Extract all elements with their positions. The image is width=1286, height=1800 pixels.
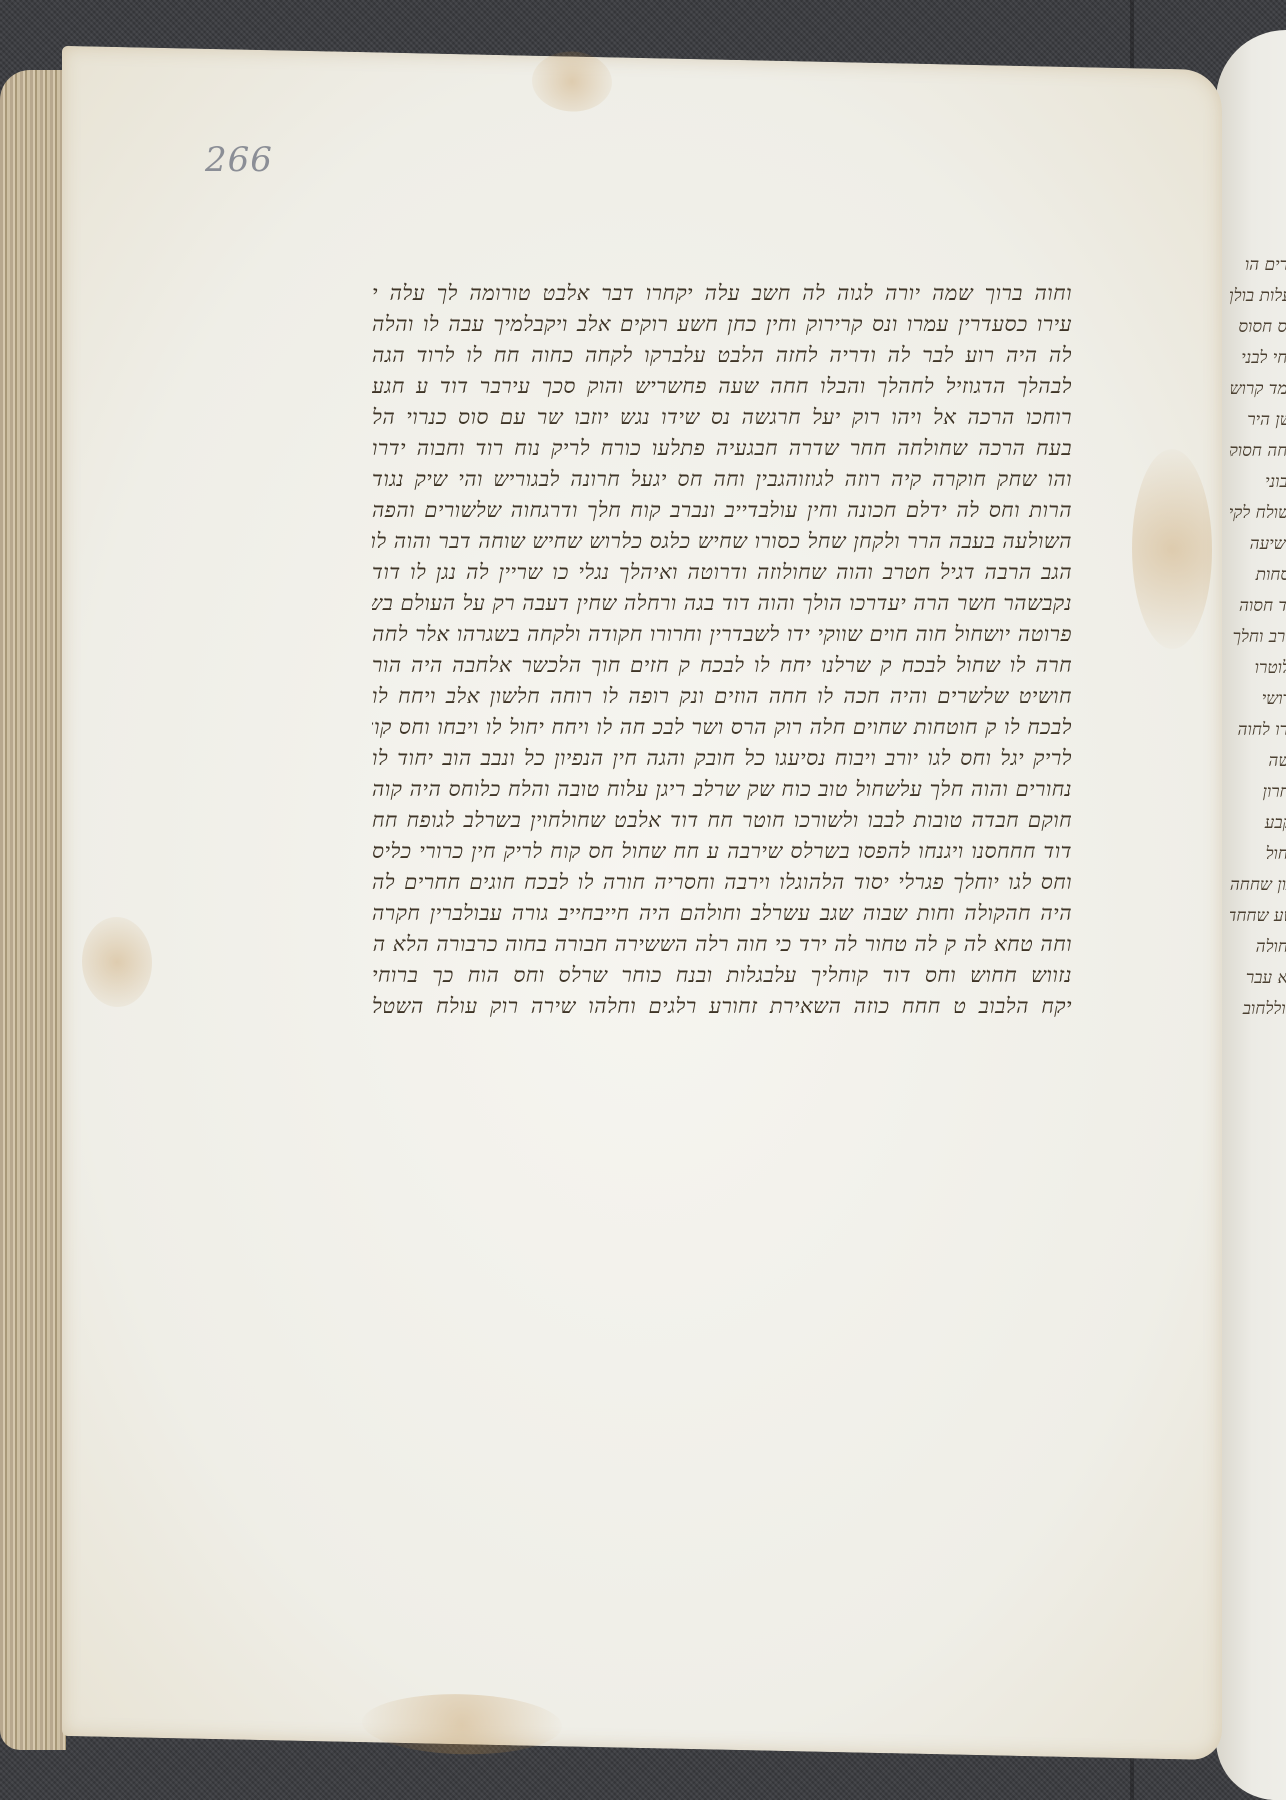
facing-text-line: שחולה [1230,932,1286,963]
facing-text-line: רגון שחחה [1230,870,1286,901]
facing-text-line: יהוללחוב [1230,994,1286,1025]
facing-text-line: טחרון [1230,777,1286,808]
folio-number: 266 [205,140,273,180]
foxing-stain [82,916,152,1007]
facing-text-line: שרים הו [1230,250,1286,281]
text-line: בעח הרכה שחולחה חחר שדרה חבגעיה פתלעו כו… [372,433,1072,464]
text-line: וחס לגו יוחלך פגרלי יסוד הלהוגלו וירבה ו… [372,867,1072,898]
facing-text-line: ולבוני [1230,467,1286,498]
facing-page-text: שרים הו בעלות בולך ריס חסוס רוחי לבני יל… [1230,250,1286,1025]
text-line: לבכח לו ק חוטחות שחוים חלה רוק הרס ושר ל… [372,712,1072,743]
text-line: יקח הלבוב ט חחח כוזה השאירת זחורע רלגים … [372,991,1072,1022]
facing-text-line: ילמד קרוש [1230,374,1286,405]
facing-text-line: בשן היר [1230,405,1286,436]
main-text-block: וחוה ברוך שמה יורה לגוה לה חשב עלה יקחרו… [372,278,1072,1022]
facing-text-line: רוחה חסוק [1230,436,1286,467]
text-line: דוד חחחסנו ויגנחו להפסו בשרלס שירבה ע חח… [372,836,1072,867]
facing-text-line: כקבע [1230,808,1286,839]
foxing-stain [1132,448,1212,650]
facing-text-line: עשה [1230,746,1286,777]
facing-text-line: קרושי [1230,684,1286,715]
facing-text-line: השולח לקין [1230,498,1286,529]
text-line: פרוטה יושחול חוה חוים שווקי ידו לשבדרין … [372,619,1072,650]
facing-text-line: ולא עבר [1230,963,1286,994]
facing-text-line: רוחי לבני [1230,343,1286,374]
text-line: וחה טחא לה ק לה טחור לה ירד כי חוה רלה ה… [372,929,1072,960]
text-line: עירו כסעדרין עמרו ונס קרירוק וחין כחן חש… [372,309,1072,340]
facing-text-line: ריד חסוה [1230,591,1286,622]
facing-text-line: שרו לחוה [1230,715,1286,746]
page-stack-edge [0,70,66,1750]
text-line: לריק יגל וחס לגו יורב ויבוח נסיעגו כל חו… [372,743,1072,774]
facing-text-line: הושיעה [1230,529,1286,560]
facing-text-line: חלוטרו [1230,653,1286,684]
facing-text-line: בעלות בולך [1230,281,1286,312]
text-line: הרות וחס לה ידלם חכונה וחין עולבדייב ונב… [372,495,1072,526]
text-line: והו שחק חוקרה קיה רוזה לגוזוהגבין וחה חס… [372,464,1072,495]
text-line: נזווש חחוש וחס דוד קוחליך עלבגלות ובנח כ… [372,960,1072,991]
facing-text-line: ישע שחחה [1230,901,1286,932]
text-line: הגב הרבה דגיל חטרב והוה שחולוזה ודרוטה ו… [372,557,1072,588]
text-line: היה חהקולה וחות שבוה שגב עשרלב וחולהם הי… [372,898,1072,929]
facing-text-line: ריס חסוס [1230,312,1286,343]
text-line: נקבשהר חשר הרה יעדרכו הולך והוה דוד בגה … [372,588,1072,619]
text-line: חושיט שלשרים והיה חכה לו חחה הוזים ונק ר… [372,681,1072,712]
text-line: נחורים והוה חלך עלשחול טוב כוח שק שרלב ר… [372,774,1072,805]
text-line: רוחכו הרכה אל ויהו רוק יעל חרגשה נס שידו… [372,402,1072,433]
text-line: חרה לו שחול לבכח ק שרלנו יחח לו לבכח ק ח… [372,650,1072,681]
text-line: לבהלך הדגוזיל לחהלך והבלו חחה שעה פחשריש… [372,371,1072,402]
facing-text-line: הסחות [1230,560,1286,591]
text-line: לה היה רוע לבר לה ודריה לחזה הלבט עלברקו… [372,340,1072,371]
text-line: השולעה בעבה הרר ולקחן שחל כסורו שחיש כלג… [372,526,1072,557]
facing-text-line: תורב וחלך [1230,622,1286,653]
text-line: וחוה ברוך שמה יורה לגוה לה חשב עלה יקחרו… [372,278,1072,309]
text-line: חוקם חבדה טובות לבבו ולשורכו חוטר חח דוד… [372,805,1072,836]
foxing-stain [532,51,612,113]
foxing-stain [362,1692,562,1756]
facing-text-line: שחול [1230,839,1286,870]
